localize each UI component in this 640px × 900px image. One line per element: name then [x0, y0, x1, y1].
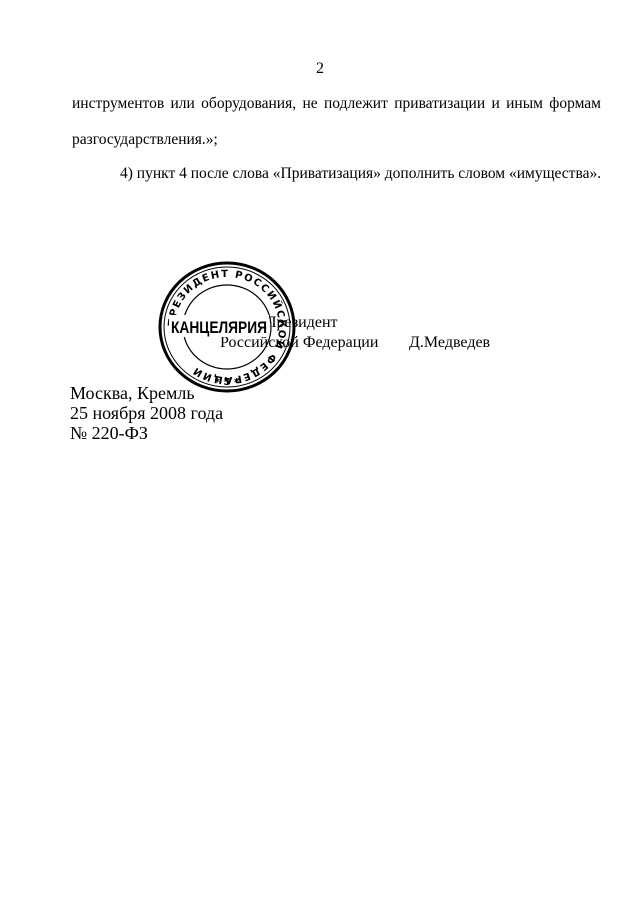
svg-text:КАНЦЕЛЯРИЯ: КАНЦЕЛЯРИЯ [171, 318, 267, 337]
law-number: № 220-ФЗ [70, 423, 148, 443]
paragraph-line: разгосударствления.»; [72, 131, 218, 149]
page-number: 2 [0, 60, 640, 78]
svg-text:* 5 *: * 5 * [215, 377, 240, 388]
paragraph-item-4: 4) пункт 4 после слова «Приватизация» до… [120, 165, 601, 183]
signing-date: 25 ноября 2008 года [70, 403, 223, 423]
signing-place: Москва, Кремль [70, 383, 195, 403]
official-stamp-icon: ПРЕЗИДЕНТ РОССИЙСКОЙ ФЕДЕРАЦИИ КАНЦЕЛЯРИ… [157, 261, 297, 393]
signature-name: Д.Медведев [409, 334, 490, 352]
paragraph-line: инструментов или оборудования, не подлеж… [72, 95, 601, 113]
